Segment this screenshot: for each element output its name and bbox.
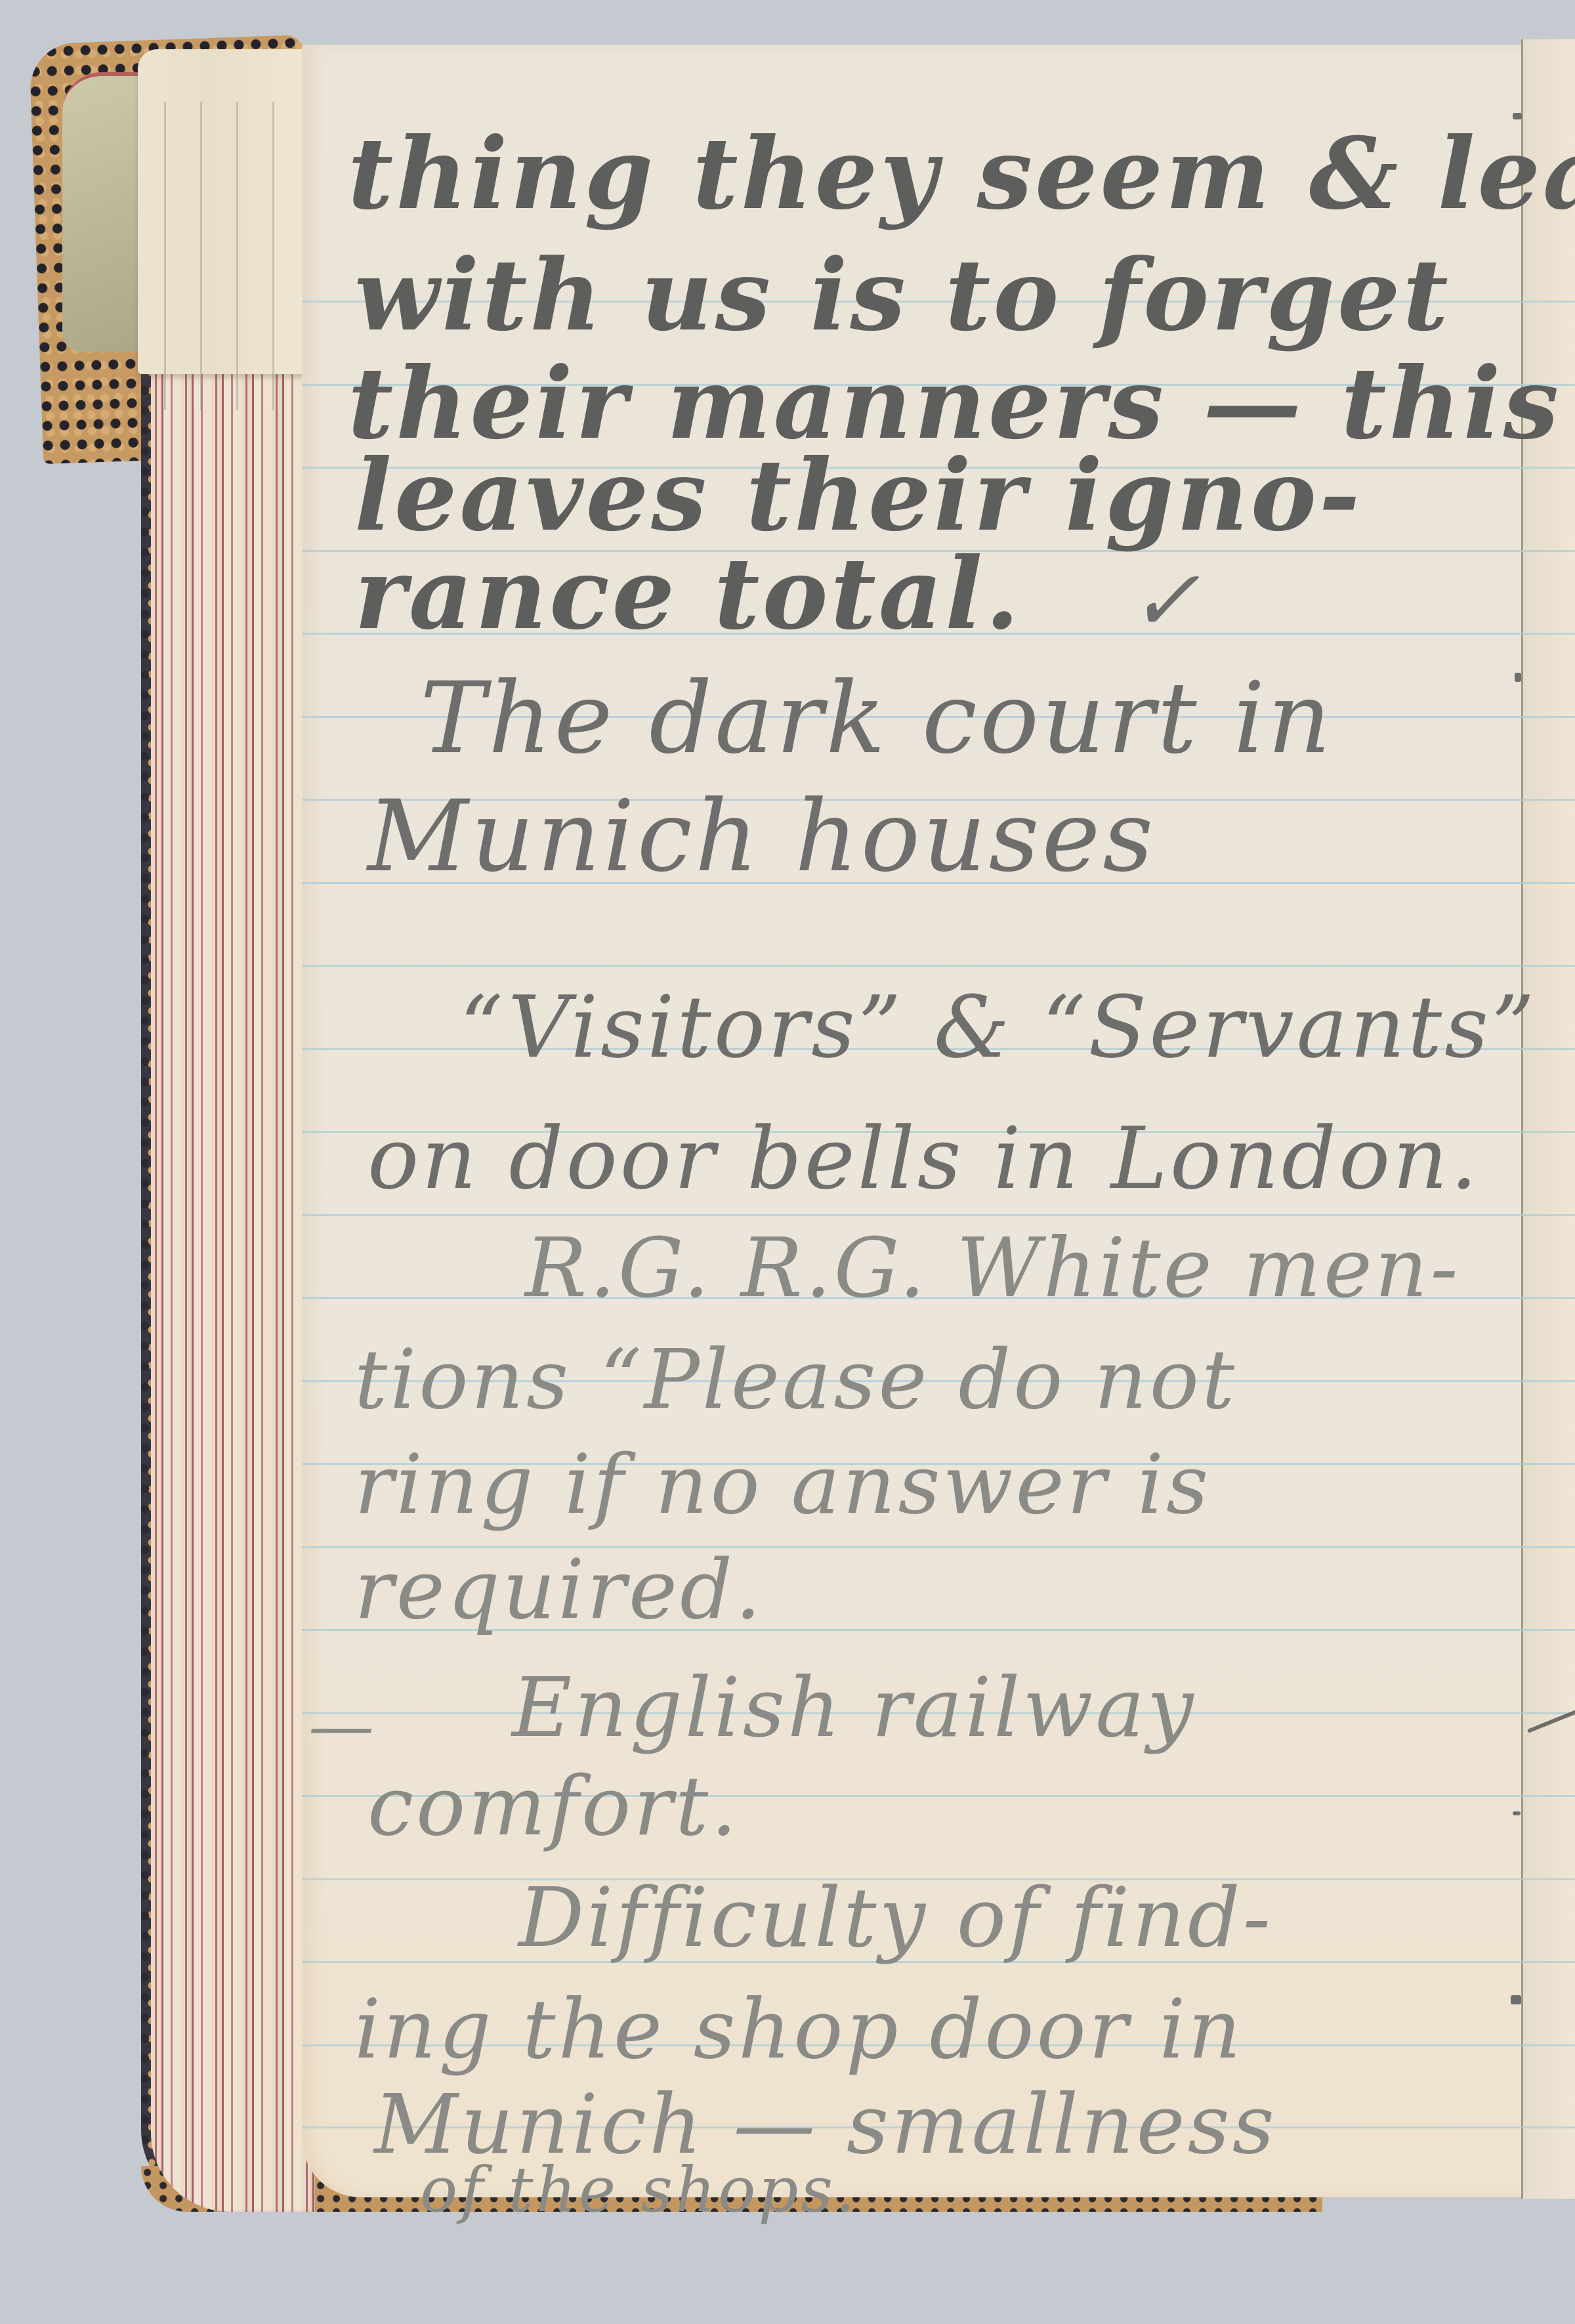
handwritten-line: Difficulty of find- xyxy=(518,1877,1273,1959)
handwritten-line: thing they seem & learn xyxy=(348,125,1575,223)
worn-page-corners xyxy=(138,49,315,374)
graphite-smudge xyxy=(1513,1811,1521,1815)
graphite-smudge xyxy=(1513,113,1522,119)
handwritten-line: of the shops. xyxy=(420,2159,858,2222)
graphite-smudge xyxy=(1511,1995,1521,2004)
handwritten-line: comfort. xyxy=(367,1765,740,1848)
handwritten-line: tions “Please do not xyxy=(354,1339,1237,1421)
handwritten-line: with us is to forget xyxy=(354,246,1451,345)
ruled-line xyxy=(302,965,1575,967)
handwritten-line: English railway xyxy=(512,1667,1196,1749)
handwritten-line: Munich houses xyxy=(367,788,1156,886)
handwritten-line: ring if no answer is xyxy=(354,1444,1211,1526)
page-crease xyxy=(200,102,202,410)
handwritten-line: R.G. R.G. White men- xyxy=(525,1227,1461,1309)
handwritten-line: leaves their igno- xyxy=(354,446,1362,545)
handwritten-line: rance total. xyxy=(354,545,1022,643)
page-crease xyxy=(272,102,274,410)
handwritten-line: “Visitors” & “Servants” xyxy=(459,984,1537,1070)
page-crease xyxy=(164,102,166,410)
handwritten-line: The dark court in xyxy=(420,669,1333,768)
checkmark: ✓ xyxy=(1129,558,1203,643)
graphite-smudge xyxy=(1515,673,1521,682)
page-crease xyxy=(236,102,238,410)
handwritten-line: required. xyxy=(354,1549,764,1631)
margin-tick: — xyxy=(308,1693,377,1759)
handwritten-line: ing the shop door in xyxy=(354,1989,1244,2071)
page-edge-stack xyxy=(151,368,315,2212)
handwritten-line: on door bells in London. xyxy=(367,1116,1480,1201)
ruled-line xyxy=(302,1214,1575,1216)
